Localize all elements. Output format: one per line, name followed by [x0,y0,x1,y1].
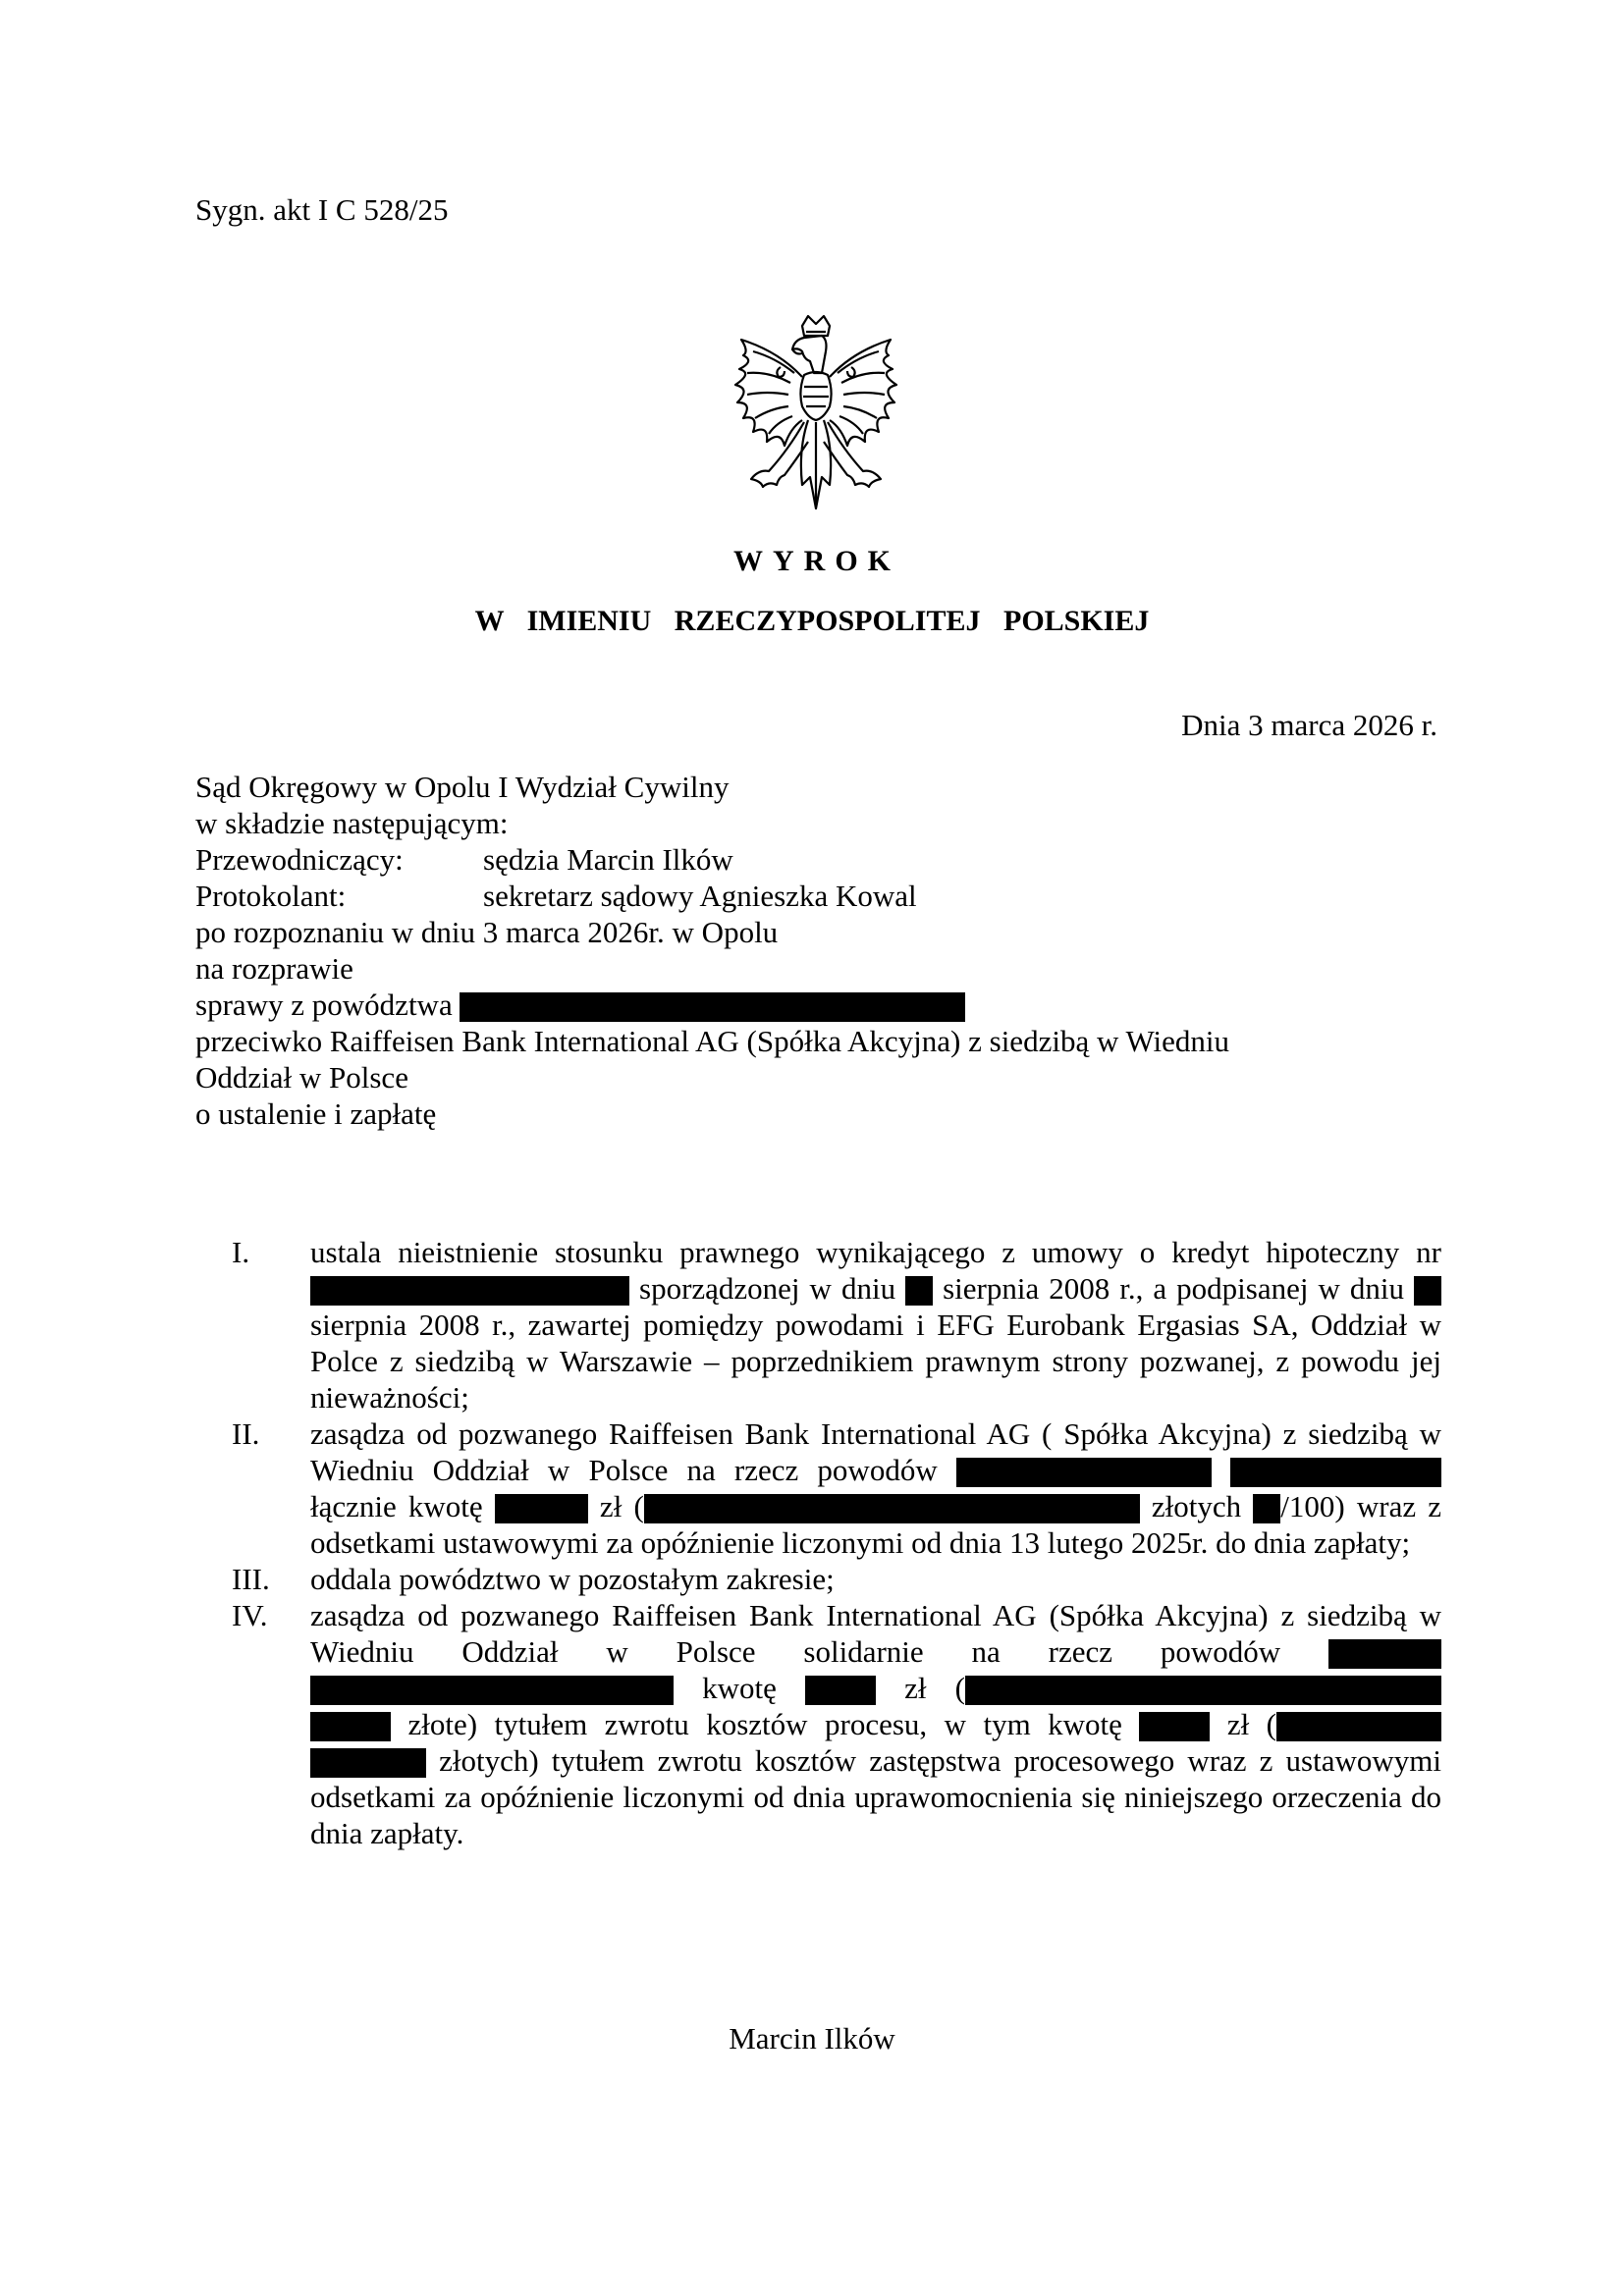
ruling-numeral: I. [232,1234,249,1270]
redaction-block [805,1676,876,1705]
redaction-block [495,1494,588,1523]
clerk-value: sekretarz sądowy Agnieszka Kowal [483,879,917,913]
redaction-block [644,1494,1140,1523]
redaction-block [310,1676,674,1705]
redaction-block [1253,1494,1280,1523]
case-number: Sygn. akt I C 528/25 [195,192,448,228]
ruling-item: II.zasądza od pozwanego Raiffeisen Bank … [0,1415,1624,1561]
redaction-block [460,992,965,1022]
hearing-info: po rozpoznaniu w dniu 3 marca 2026r. w O… [195,914,778,950]
ruling-item: III.oddala powództwo w pozostałym zakres… [0,1561,1624,1597]
session-type: na rozprawie [195,950,353,987]
redaction-block [1276,1712,1441,1741]
judgment-title: WYROK [0,545,1624,578]
plaintiff-prefix: sprawy z powództwa [195,988,453,1022]
defendant-line-1: przeciwko Raiffeisen Bank International … [195,1023,1229,1059]
court-name: Sąd Okręgowy w Opolu I Wydział Cywilny [195,769,729,805]
redaction-block [1328,1639,1441,1669]
presiding-value: sędzia Marcin Ilków [483,842,733,877]
ruling-text: zasądza od pozwanego Raiffeisen Bank Int… [310,1597,1441,1851]
clerk-row: Protokolant:sekretarz sądowy Agnieszka K… [195,878,917,914]
redaction-block [965,1676,1441,1705]
ruling-item: IV.zasądza od pozwanego Raiffeisen Bank … [0,1597,1624,1851]
ruling-text: zasądza od pozwanego Raiffeisen Bank Int… [310,1415,1441,1561]
presiding-label: Przewodniczący: [195,841,483,878]
defendant-line-2: Oddział w Polsce [195,1059,408,1095]
redaction-block [310,1748,426,1778]
judgment-date: Dnia 3 marca 2026 r. [1181,708,1437,743]
composition-label: w składzie następującym: [195,805,509,841]
redaction-block [905,1276,933,1306]
redaction-block [310,1276,629,1306]
ruling-item: I.ustala nieistnienie stosunku prawnego … [0,1234,1624,1415]
judgment-subtitle: W IMIENIU RZECZYPOSPOLITEJ POLSKIEJ [0,605,1624,638]
polish-eagle-emblem-icon [720,312,912,518]
redaction-block [956,1458,1212,1487]
ruling-items: I.ustala nieistnienie stosunku prawnego … [0,1234,1624,1851]
ruling-text: oddala powództwo w pozostałym zakresie; [310,1561,1441,1597]
case-subject: o ustalenie i zapłatę [195,1095,436,1132]
ruling-numeral: II. [232,1415,259,1452]
redaction-block [310,1712,391,1741]
ruling-numeral: III. [232,1561,270,1597]
redaction-block [1139,1712,1210,1741]
presiding-judge-row: Przewodniczący:sędzia Marcin Ilków [195,841,733,878]
ruling-text: ustala nieistnienie stosunku prawnego wy… [310,1234,1441,1415]
redaction-block [1230,1458,1441,1487]
ruling-numeral: IV. [232,1597,267,1633]
clerk-label: Protokolant: [195,878,483,914]
judge-signature: Marcin Ilków [0,2021,1624,2056]
redaction-block [1414,1276,1441,1306]
plaintiff-row: sprawy z powództwa [195,987,965,1023]
